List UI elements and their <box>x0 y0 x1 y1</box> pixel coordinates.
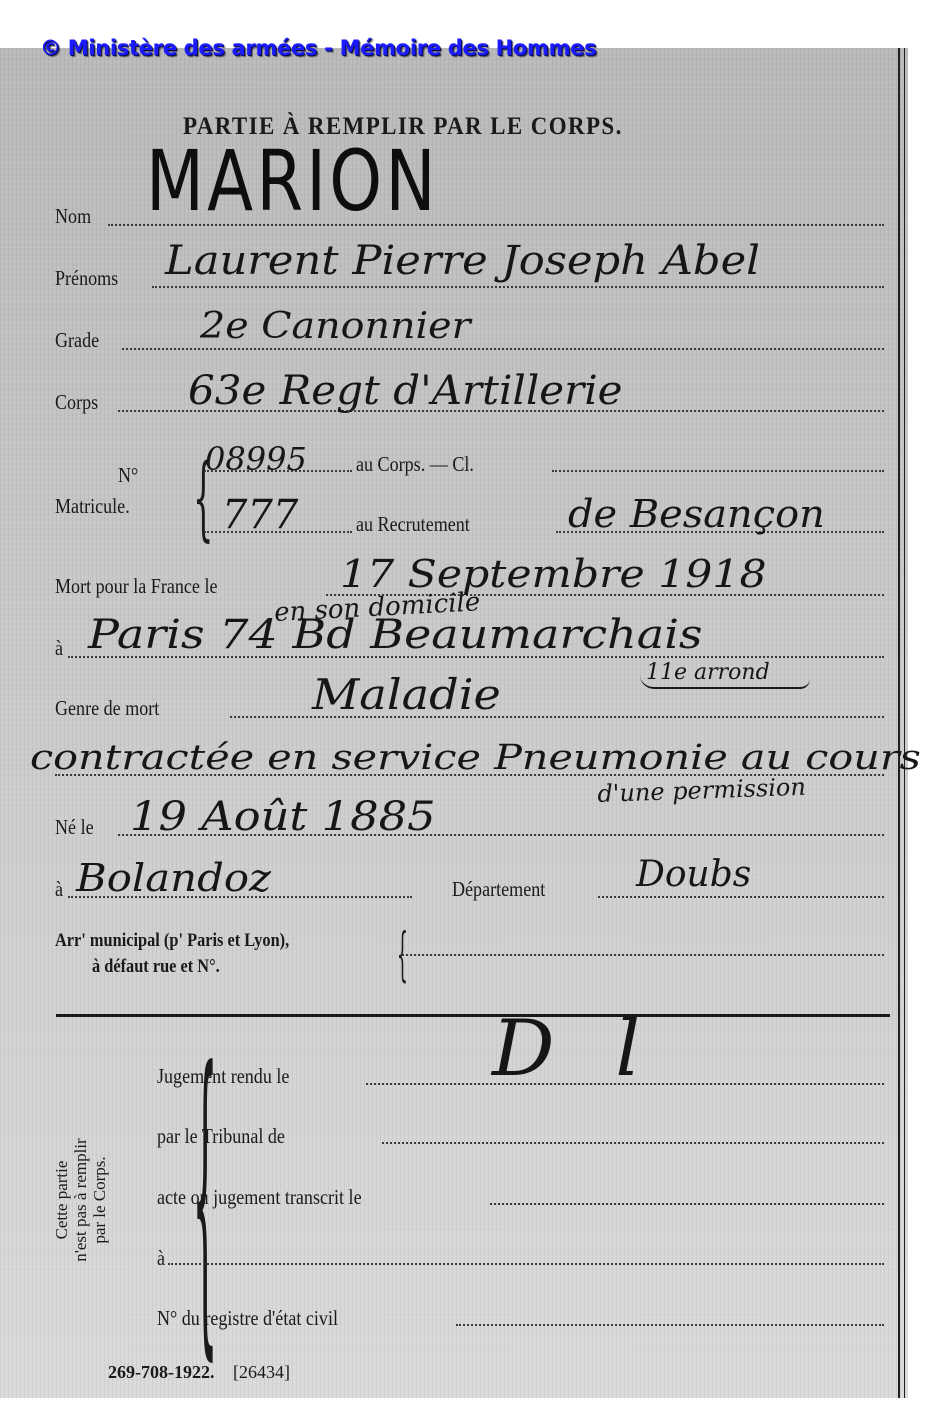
copyright-watermark: © Ministère des armées - Mémoire des Hom… <box>40 36 596 60</box>
genre-de-mort-label: Genre de mort <box>55 696 159 721</box>
genre-de-mort-value: Maladie <box>312 670 501 719</box>
recrutement-place: de Besançon <box>568 492 825 536</box>
section-separator <box>56 1014 890 1017</box>
print-code: 269-708-1922. [26434] <box>108 1362 290 1383</box>
prenoms-dotted-line <box>152 286 884 288</box>
grade-value: 2e Canonnier <box>200 306 471 347</box>
side-note: Cette partie n'est pas à remplir par le … <box>52 1080 140 1320</box>
naissance-place: Bolandoz <box>76 856 271 900</box>
matricule-label-no: N° <box>118 463 138 488</box>
tribunal-label: par le Tribunal de <box>157 1124 285 1149</box>
prenoms-label: Prénoms <box>55 266 118 291</box>
arrondissement-label-1: Arr' municipal (p' Paris et Lyon), <box>55 930 289 952</box>
naissance-date: 19 Août 1885 <box>130 794 436 840</box>
transcrit-dotted-line <box>490 1203 884 1205</box>
transcrit-place-label: à <box>157 1246 165 1271</box>
transcrit-label: acte ou jugement transcrit le <box>157 1185 362 1210</box>
mort-place: Paris 74 Bd Beaumarchais <box>88 612 703 658</box>
naissance-label: Né le <box>55 815 94 840</box>
tribunal-dotted-line <box>382 1142 884 1144</box>
naissance-place-label: à <box>55 877 63 902</box>
matricule-label: Matricule. <box>55 494 130 519</box>
departement-value: Doubs <box>636 854 751 895</box>
arrondissement-dotted-line <box>402 954 884 956</box>
matricule-recrutement-value: 777 <box>222 492 298 538</box>
jugement-label: Jugement rendu le <box>157 1064 289 1089</box>
print-code-ref: [26434] <box>233 1362 290 1382</box>
side-note-line-3: par le Corps. <box>90 1080 109 1320</box>
au-corps-label: au Corps. — Cl. <box>356 452 474 477</box>
nom-value: MARION <box>146 132 439 230</box>
mort-date: 17 Septembre 1918 <box>340 552 767 596</box>
card-edge-line <box>898 48 900 1398</box>
side-note-line-1: Cette partie <box>52 1080 71 1320</box>
genre-de-mort-continuation: contractée en service Pneumonie au cours <box>30 738 921 778</box>
mort-label: Mort pour la France le <box>55 574 217 599</box>
departement-dotted-line <box>598 896 884 898</box>
arrondissement-label-2: à défaut rue et N°. <box>92 956 220 978</box>
corps-value: 63e Regt d'Artillerie <box>188 368 622 414</box>
card-edge-line <box>904 48 905 1398</box>
mort-place-label: à <box>55 636 63 661</box>
print-code-number: 269-708-1922. <box>108 1362 215 1382</box>
registre-dotted-line <box>456 1324 884 1326</box>
classe-dotted-line <box>552 470 884 472</box>
corps-label: Corps <box>55 390 98 415</box>
prenoms-value: Laurent Pierre Joseph Abel <box>165 238 760 284</box>
au-recrutement-label: au Recrutement <box>356 512 470 537</box>
registre-label: N° du registre d'état civil <box>157 1306 338 1331</box>
grade-label: Grade <box>55 328 99 353</box>
departement-label: Département <box>452 877 545 902</box>
transcrit-place-dotted-line <box>168 1263 884 1265</box>
side-note-line-2: n'est pas à remplir <box>71 1080 90 1320</box>
jugement-mark: D l <box>492 1004 658 1094</box>
grade-dotted-line <box>122 348 884 350</box>
matricule-corps-value: 08995 <box>205 440 307 478</box>
mort-arrondissement: 11e arrond <box>640 660 810 689</box>
nom-label: Nom <box>55 204 91 229</box>
